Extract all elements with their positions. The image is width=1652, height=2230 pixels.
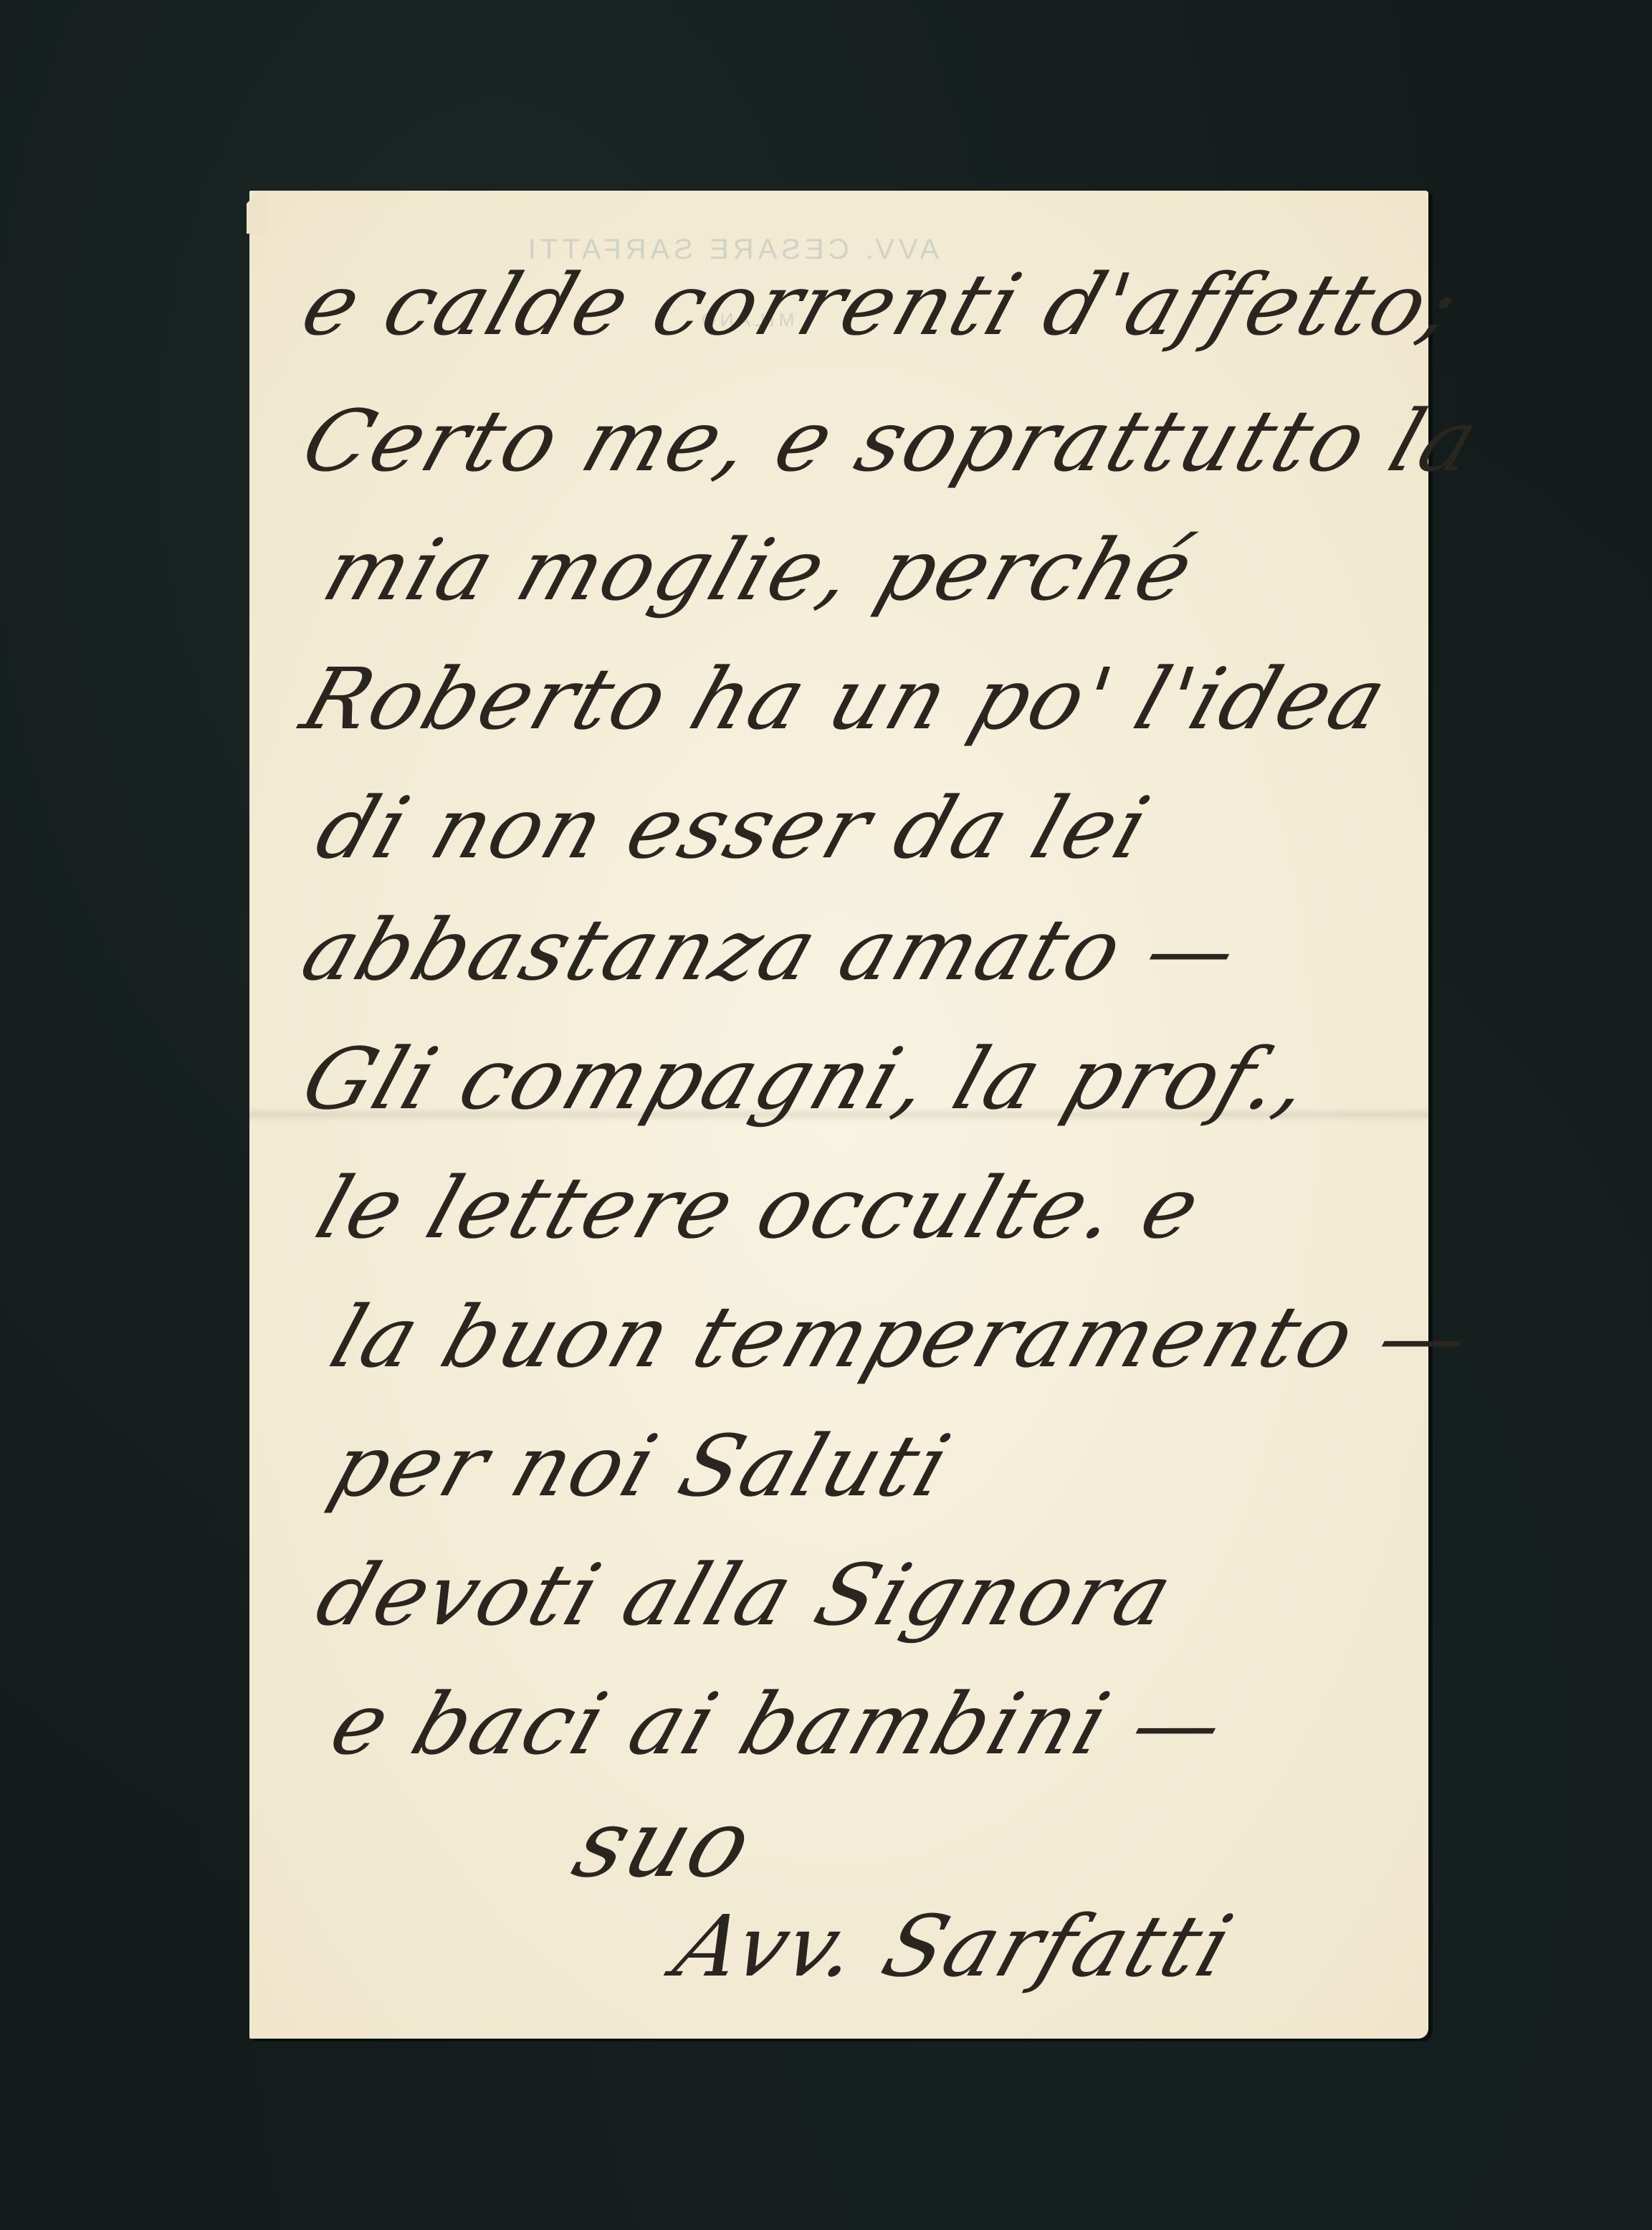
text-line: mia moglie, perché xyxy=(312,520,1208,619)
text-line: di non esser da lei xyxy=(305,778,1163,877)
text-line: Roberto ha un po' l'idea xyxy=(291,649,1400,748)
signature: Avv. Sarfatti xyxy=(664,1897,1246,1996)
text-line: devoti alla Signora xyxy=(305,1545,1186,1644)
text-line: per noi Saluti xyxy=(320,1416,963,1515)
text-line: la buon temperamento — xyxy=(320,1287,1484,1386)
text-line: Certo me, e soprattutto la xyxy=(291,391,1492,490)
closing: suo xyxy=(561,1789,767,1898)
text-line: e calde correnti d'affetto; xyxy=(291,255,1474,354)
text-line: Gli compagni, la prof., xyxy=(291,1029,1325,1128)
letter-sheet: AVV. CESARE SARFATTI MILANO e calde corr… xyxy=(249,191,1428,2039)
text-line: e baci ai bambini — xyxy=(320,1674,1238,1773)
text-line: abbastanza amato — xyxy=(291,900,1253,999)
text-line: le lettere occulte. e xyxy=(305,1158,1214,1257)
